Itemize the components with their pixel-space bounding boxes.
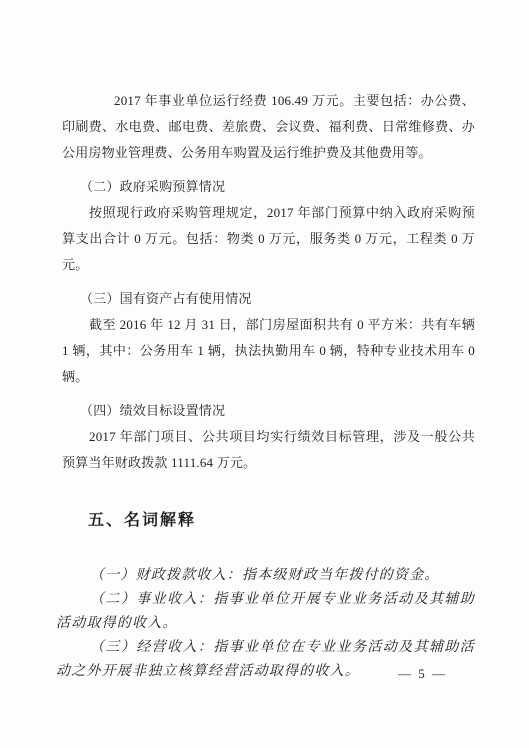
definition-fiscal-appropriation-income: （一）财政拨款收入：指本级财政当年拨付的资金。 bbox=[56, 564, 475, 588]
section-body-performance-targets: 2017 年部门项目、公共项目均实行绩效目标管理，涉及一般公共预算当年财政拨款 … bbox=[62, 424, 475, 476]
section-heading-performance-targets: （四）绩效目标设置情况 bbox=[62, 398, 475, 424]
section-body-gov-procurement: 按照现行政府采购管理规定，2017 年部门预算中纳入政府采购预算支出合计 0 万… bbox=[62, 200, 475, 278]
glossary-heading: 五、名词解释 bbox=[62, 508, 475, 534]
operating-cost-paragraph: 2017 年事业单位运行经费 106.49 万元。主要包括：办公费、印刷费、水电… bbox=[62, 88, 475, 166]
section-heading-state-assets: （三）国有资产占有使用情况 bbox=[62, 286, 475, 312]
section-heading-gov-procurement: （二）政府采购预算情况 bbox=[62, 174, 475, 200]
section-body-state-assets: 截至 2016 年 12 月 31 日，部门房屋面积共有 0 平方米：共有车辆 … bbox=[62, 312, 475, 390]
page-number: — 5 — bbox=[398, 666, 447, 682]
definition-institutional-income: （二）事业收入：指事业单位开展专业业务活动及其辅助活动取得的收入。 bbox=[56, 588, 475, 636]
document-page: 2017 年事业单位运行经费 106.49 万元。主要包括：办公费、印刷费、水电… bbox=[0, 0, 529, 748]
document-content: 2017 年事业单位运行经费 106.49 万元。主要包括：办公费、印刷费、水电… bbox=[0, 0, 529, 684]
